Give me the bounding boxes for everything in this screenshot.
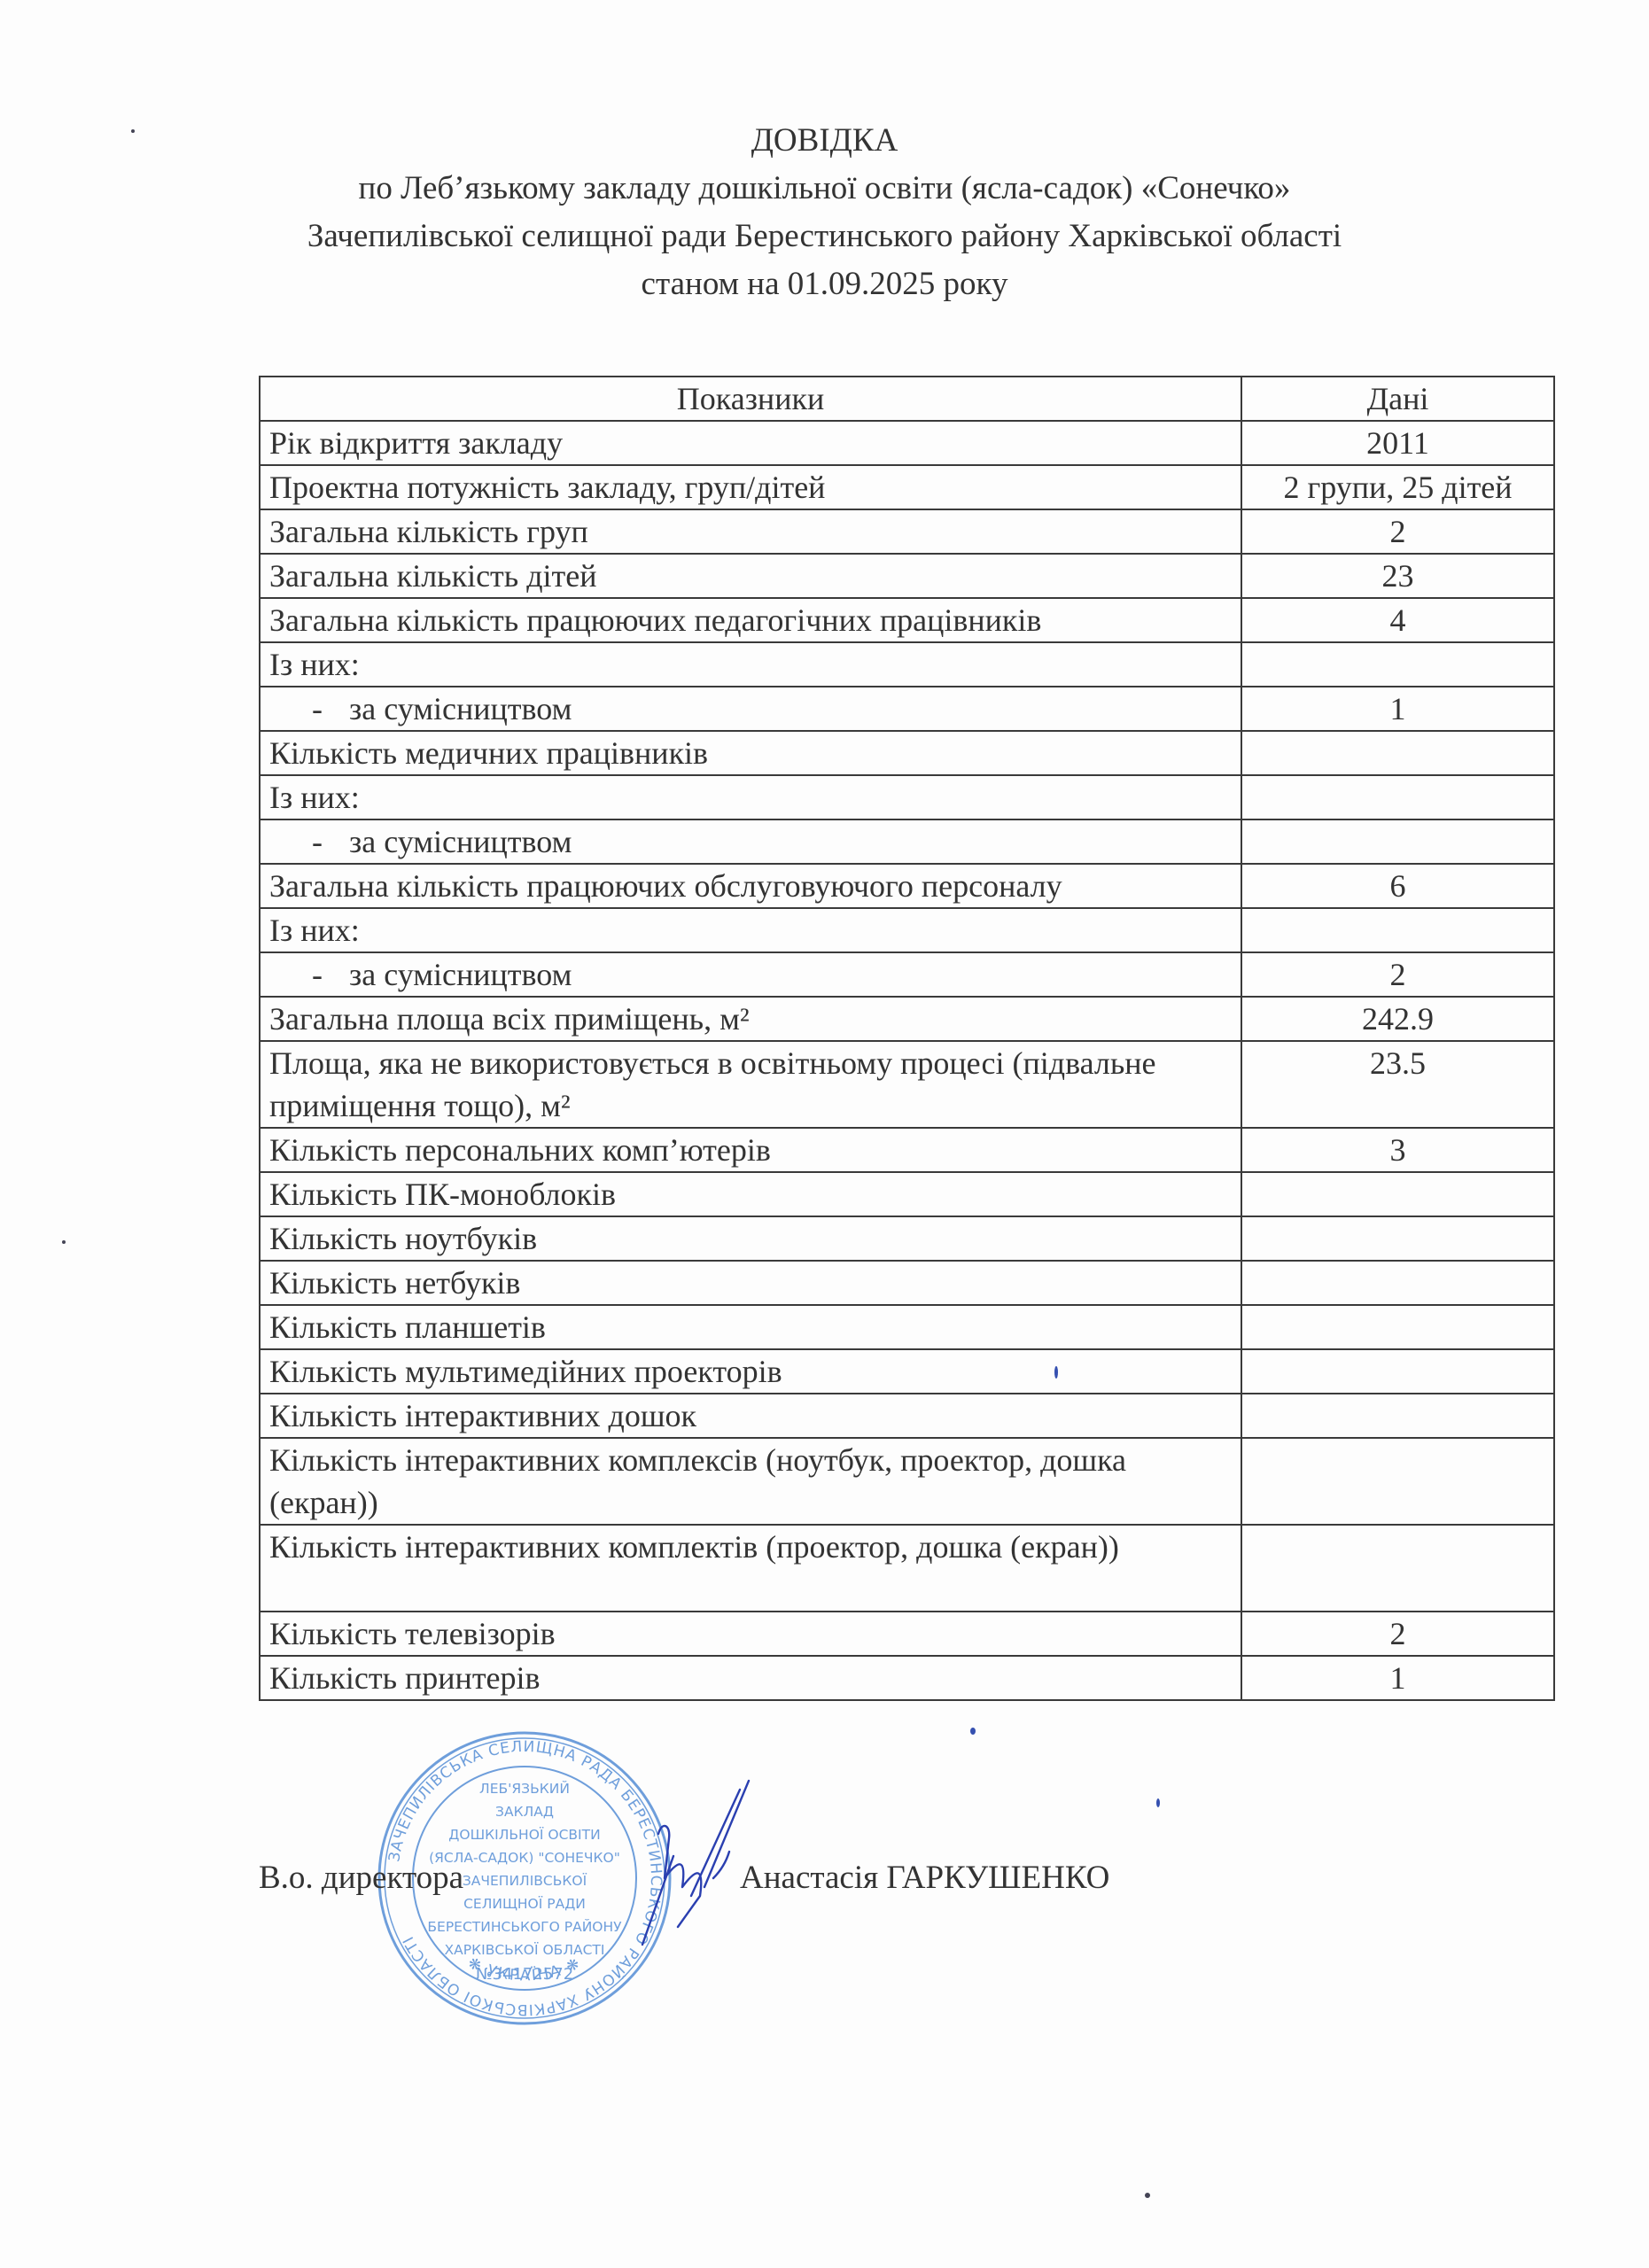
row-value xyxy=(1241,731,1554,775)
stamp-inner-line: СЕЛИЩНОЇ РАДИ xyxy=(463,1895,586,1912)
row-label: Кількість персональних комп’ютерів xyxy=(260,1128,1241,1172)
row-value: 1 xyxy=(1241,687,1554,731)
row-value xyxy=(1241,1305,1554,1349)
row-value: 1 xyxy=(1241,1656,1554,1700)
row-value xyxy=(1241,1261,1554,1305)
row-value xyxy=(1241,908,1554,952)
table-row: Із них: xyxy=(260,642,1554,687)
table-row: Із них: xyxy=(260,775,1554,819)
bullet-dash: - xyxy=(312,687,349,730)
row-label: Із них: xyxy=(260,908,1241,952)
handwritten-signature-icon xyxy=(625,1772,758,1949)
table-row: Площа, яка не використовується в освітнь… xyxy=(260,1041,1554,1128)
table-row: Загальна кількість дітей 23 xyxy=(260,554,1554,598)
table-row: Кількість мультимедійних проекторів xyxy=(260,1349,1554,1394)
scan-speck xyxy=(131,129,135,133)
row-value: 4 xyxy=(1241,598,1554,642)
row-label: Площа, яка не використовується в освітнь… xyxy=(260,1041,1241,1128)
row-value: 2 xyxy=(1241,509,1554,554)
row-value xyxy=(1241,1216,1554,1261)
row-label: Кількість нетбуків xyxy=(260,1261,1241,1305)
stamp-inner-line: БЕРЕСТИНСЬКОГО РАЙОНУ xyxy=(427,1918,622,1935)
stamp-inner-line: ЗАКЛАД xyxy=(495,1804,554,1820)
table-row: Загальна площа всіх приміщень, м² 242.9 xyxy=(260,997,1554,1041)
row-label: Із них: xyxy=(260,775,1241,819)
table-row: Загальна кількість працюючих педагогічни… xyxy=(260,598,1554,642)
row-label: Кількість ПК-моноблоків xyxy=(260,1172,1241,1216)
table-row: Кількість інтерактивних дошок xyxy=(260,1394,1554,1438)
stamp-inner-line: ЗАЧЕПИЛІВСЬКОЇ xyxy=(463,1872,587,1889)
row-label-text: за сумісництвом xyxy=(349,824,572,859)
table-row: Кількість інтерактивних комплексів (ноут… xyxy=(260,1438,1554,1525)
scan-speck xyxy=(1156,1798,1160,1807)
row-label-sub: -за сумісництвом xyxy=(260,687,1241,731)
document-heading: ДОВІДКА по Леб’язькому закладу дошкільно… xyxy=(0,117,1649,308)
table-header-row: Показники Дані xyxy=(260,377,1554,421)
table-row: Із них: xyxy=(260,908,1554,952)
row-value xyxy=(1241,775,1554,819)
row-label: Загальна кількість працюючих обслуговуюч… xyxy=(260,864,1241,908)
row-label: Із них: xyxy=(260,642,1241,687)
council-line: Зачепилівської селищної ради Берестинськ… xyxy=(0,213,1649,260)
stamp-inner-line: ЛЕБ'ЯЗЬКИЙ xyxy=(479,1780,570,1797)
row-label-text: за сумісництвом xyxy=(349,957,572,992)
document-page: ДОВІДКА по Леб’язькому закладу дошкільно… xyxy=(0,0,1649,2268)
table-row: Рік відкриття закладу 2011 xyxy=(260,421,1554,465)
stamp-inner-line: ХАРКІВСЬКОЇ ОБЛАСТІ xyxy=(445,1941,605,1958)
row-value xyxy=(1241,1349,1554,1394)
row-value xyxy=(1241,1525,1554,1612)
stamp-id-number: №34172572 xyxy=(476,1965,573,1984)
column-header-indicators: Показники xyxy=(260,377,1241,421)
bullet-dash: - xyxy=(312,953,349,996)
institution-line: по Леб’язькому закладу дошкільної освіти… xyxy=(0,165,1649,213)
row-label: Кількість принтерів xyxy=(260,1656,1241,1700)
table-row: Кількість інтерактивних комплектів (прое… xyxy=(260,1525,1554,1612)
table-row: Кількість принтерів 1 xyxy=(260,1656,1554,1700)
table-row: -за сумісництвом 1 xyxy=(260,687,1554,731)
table-row: Проектна потужність закладу, груп/дітей … xyxy=(260,465,1554,509)
row-label: Загальна кількість дітей xyxy=(260,554,1241,598)
table-row: Загальна кількість груп 2 xyxy=(260,509,1554,554)
bullet-dash: - xyxy=(312,820,349,863)
row-value: 23.5 xyxy=(1241,1041,1554,1128)
row-label: Загальна кількість працюючих педагогічни… xyxy=(260,598,1241,642)
row-label: Кількість ноутбуків xyxy=(260,1216,1241,1261)
row-label-text: за сумісництвом xyxy=(349,691,572,726)
signatory-role: В.о. директора xyxy=(259,1859,463,1897)
table-row: Кількість ноутбуків xyxy=(260,1216,1554,1261)
table-row: Кількість нетбуків xyxy=(260,1261,1554,1305)
row-value: 23 xyxy=(1241,554,1554,598)
row-value xyxy=(1241,1172,1554,1216)
row-label: Рік відкриття закладу xyxy=(260,421,1241,465)
document-title: ДОВІДКА xyxy=(0,117,1649,165)
signatory-name: Анастасія ГАРКУШЕНКО xyxy=(740,1859,1109,1897)
scan-speck xyxy=(970,1728,976,1735)
table-row: Кількість персональних комп’ютерів 3 xyxy=(260,1128,1554,1172)
row-label-sub: -за сумісництвом xyxy=(260,819,1241,864)
table-row: Кількість телевізорів 2 xyxy=(260,1612,1554,1656)
scan-speck xyxy=(62,1240,66,1244)
row-value xyxy=(1241,642,1554,687)
row-label-sub: -за сумісництвом xyxy=(260,952,1241,997)
row-label: Кількість планшетів xyxy=(260,1305,1241,1349)
table-row: -за сумісництвом 2 xyxy=(260,952,1554,997)
row-label: Кількість медичних працівників xyxy=(260,731,1241,775)
row-label: Проектна потужність закладу, груп/дітей xyxy=(260,465,1241,509)
table-row: Кількість медичних працівників xyxy=(260,731,1554,775)
row-label: Загальна площа всіх приміщень, м² xyxy=(260,997,1241,1041)
table-row: Кількість ПК-моноблоків xyxy=(260,1172,1554,1216)
row-label: Кількість інтерактивних дошок xyxy=(260,1394,1241,1438)
table-row: Кількість планшетів xyxy=(260,1305,1554,1349)
row-label: Кількість телевізорів xyxy=(260,1612,1241,1656)
row-value: 3 xyxy=(1241,1128,1554,1172)
date-line: станом на 01.09.2025 року xyxy=(0,260,1649,308)
row-value: 2 xyxy=(1241,1612,1554,1656)
row-label: Кількість мультимедійних проекторів xyxy=(260,1349,1241,1394)
row-label: Загальна кількість груп xyxy=(260,509,1241,554)
row-value: 242.9 xyxy=(1241,997,1554,1041)
stamp-inner-line: ДОШКІЛЬНОЇ ОСВІТИ xyxy=(448,1826,600,1843)
indicators-table: Показники Дані Рік відкриття закладу 201… xyxy=(259,376,1555,1701)
row-value xyxy=(1241,819,1554,864)
table-row: -за сумісництвом xyxy=(260,819,1554,864)
row-label: Кількість інтерактивних комплексів (ноут… xyxy=(260,1438,1241,1525)
row-value: 6 xyxy=(1241,864,1554,908)
table-row: Загальна кількість працюючих обслуговуюч… xyxy=(260,864,1554,908)
row-value: 2011 xyxy=(1241,421,1554,465)
row-value: 2 xyxy=(1241,952,1554,997)
scan-speck xyxy=(1054,1366,1058,1379)
column-header-data: Дані xyxy=(1241,377,1554,421)
scan-speck xyxy=(1145,2193,1150,2198)
row-value: 2 групи, 25 дітей xyxy=(1241,465,1554,509)
row-value xyxy=(1241,1438,1554,1525)
row-label: Кількість інтерактивних комплектів (прое… xyxy=(260,1525,1241,1612)
row-value xyxy=(1241,1394,1554,1438)
